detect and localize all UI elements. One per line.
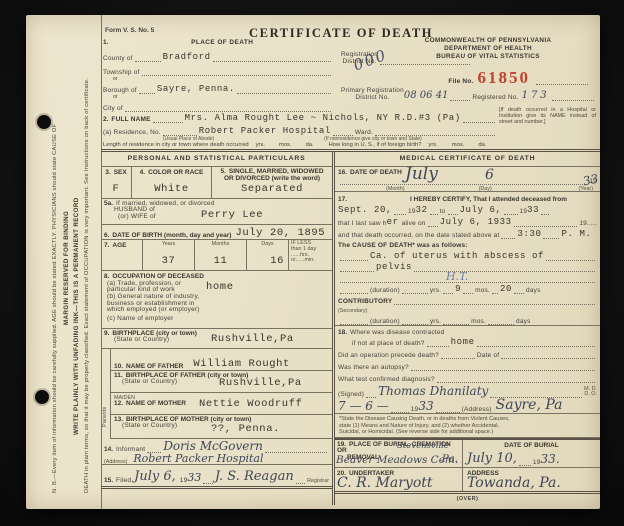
age-years-label: Years (143, 240, 194, 247)
occupation-c: (c) Name of employer (107, 315, 174, 322)
screenshot-root: { "header": { "form_no": "Form V. S. No.… (0, 0, 624, 526)
age-days-label: Days (247, 240, 288, 247)
filed-label: Filed (116, 477, 131, 484)
certify-from-date: Sept. 20, (338, 205, 392, 215)
residence-label: (a) Residence, No. (103, 129, 161, 136)
duration-days-value: 20 (500, 284, 512, 294)
physician-signature: Thomas Dhanilaty (378, 384, 488, 398)
certify-number: 17. (338, 196, 347, 203)
informant-address-value: Robert Packer Hospital (133, 452, 263, 465)
undertaker-address-value: Towanda, Pa. (467, 475, 561, 491)
over-label: (OVER) (335, 494, 600, 505)
q18-autopsy-label: Was there an autopsy? (338, 364, 409, 371)
full-name-number: 2. (103, 116, 108, 123)
q18-test-label: What test confirmed diagnosis? (338, 376, 435, 383)
q18-where-label-1: Where was disease contracted (350, 329, 444, 336)
certify-to-date: July 6, (460, 205, 502, 215)
occupation-a2: particular kind of work (107, 286, 175, 293)
registered-no-label: Registered No. (472, 94, 518, 101)
parents-label: Parents (102, 407, 108, 427)
occupation-b3: which employed (or employer) (107, 306, 200, 313)
duration-days-label: days (526, 287, 541, 294)
registration-block: Registration District No. File No. 61850… (341, 51, 596, 101)
borough-value: Sayre, Penna. (157, 84, 235, 94)
foreign-unit-mos: mos. (452, 142, 465, 148)
filed-number: 15. (104, 477, 113, 484)
sex-number: 3. (105, 169, 110, 176)
medical-column: MEDICAL CERTIFICATE OF DEATH 16.DATE OF … (335, 152, 600, 505)
certify-ampm: P. M. (561, 229, 591, 239)
birth-date-number: 6. (104, 232, 109, 239)
burial-date-label: DATE OF BURIAL (463, 440, 600, 449)
footnote-line-2: state (1) Means and Nature of Injury, an… (339, 423, 596, 430)
age-months-value: 11 (195, 255, 246, 267)
burial-year: 33. (541, 452, 560, 466)
q18-where-label-2: if not at place of death? (352, 340, 425, 347)
age-days-value: 16 (247, 255, 288, 267)
place-of-death-number: 1. (103, 39, 108, 48)
sex-label: SEX (114, 169, 127, 176)
spouse-number: 5a. (104, 200, 113, 207)
registrar-label: Registrar (307, 478, 329, 484)
duration2-label: (duration) (370, 318, 400, 325)
primary-registration-value: 08 06 41 (404, 90, 449, 101)
certify-from-year-printed: 19 (408, 208, 416, 215)
date-of-death-number: 16. (338, 169, 347, 176)
length-of-residence-label: Length of residence in city or town wher… (103, 142, 249, 148)
cause-line-1: Ca. of uterus with abscess of (370, 251, 544, 261)
foreign-unit-yrs: yrs. (428, 142, 437, 148)
mother-birthplace-label-2: (State or Country) (122, 422, 177, 429)
duration-mos-label: mos. (475, 287, 490, 294)
place-of-death-label: PLACE OF DEATH (111, 39, 333, 48)
ward-label: Ward. (355, 129, 373, 136)
certify-line-1: I HEREBY CERTIFY, That I attended deceas… (410, 196, 567, 203)
certify-to-year-printed: 19 (520, 208, 528, 215)
father-number: 10. (114, 363, 123, 370)
personal-section-title: PERSONAL AND STATISTICAL PARTICULARS (101, 152, 332, 167)
footnote-line-3: Suicidal, or Homicidal. (See reverse sid… (339, 429, 596, 436)
age-months-label: Months (195, 240, 246, 247)
registrar-signature: J. S. Reagan (215, 469, 294, 484)
cause-of-death-label: The CAUSE OF DEATH* was as follows: (338, 242, 468, 249)
secondary-label: (Secondary) (338, 308, 367, 314)
registered-no-value: 173 (522, 90, 550, 101)
foreign-birth-label: How long in U. S., if of foreign birth? (329, 142, 422, 148)
father-value: William Rought (193, 358, 290, 370)
q18-number: 18. (338, 329, 347, 336)
mother-label: NAME OF MOTHER (126, 400, 186, 407)
occupation-a-value: home (206, 281, 234, 293)
file-no-value: 61850 (478, 71, 531, 85)
duration2-yrs-label: yrs. (430, 318, 441, 325)
full-name-label: FULL NAME (111, 116, 150, 123)
father-birthplace-value: Rushville,Pa (219, 377, 302, 389)
county-value: Bradford (163, 52, 211, 62)
q18-operation-label: Did an operation precede death? (338, 352, 439, 359)
certify-to-year: 33 (527, 205, 539, 215)
undertaker-value: C. R. Maryott (337, 475, 433, 491)
cause-initials: H.T. (446, 270, 468, 283)
birthplace-label-2: (State or Country) (114, 336, 169, 343)
birth-date-label: DATE OF BIRTH (month, day and year) (112, 232, 231, 239)
do-label: D. O. (584, 392, 597, 398)
form-area: Form V. S. No. 5 CERTIFICATE OF DEATH CO… (101, 15, 600, 509)
certify-line-2a: that I last saw h (338, 220, 387, 227)
full-name-value: Mrs. Alma Rought Lee ~ Nichols, NY R.D.#… (185, 113, 461, 123)
age-ifless-4: or......min. (291, 258, 332, 264)
filed-date: July 6, (134, 469, 176, 484)
margin-note-2: DEATH in plain terms, so that it may be … (84, 78, 90, 493)
file-no-label: File No. (448, 78, 473, 85)
columns: PERSONAL AND STATISTICAL PARTICULARS 3.S… (101, 149, 600, 505)
burial-place-over: Stevensville (397, 441, 449, 451)
parents-group: Parents 10. NAME OF FATHER William Rough… (101, 349, 332, 439)
race-number: 4. (140, 169, 145, 176)
father-label: NAME OF FATHER (126, 363, 183, 370)
margin-note-nb: N. B.—Every item of information should b… (52, 124, 58, 493)
duration-mos-value: 9 (455, 284, 461, 294)
birth-date-value: July 20, 1895 (235, 227, 325, 239)
length-unit-yrs: yrs. (256, 142, 265, 148)
duration-label: (duration) (370, 287, 400, 294)
burial-year-printed: 19 (533, 459, 541, 466)
duration2-mos-label: mos. (471, 318, 486, 325)
certify-line-2c: 19..... (579, 220, 597, 227)
spouse-label-3: (or) WIFE of (118, 213, 156, 220)
informant-number: 14. (104, 446, 113, 453)
residence-value: Robert Packer Hospital (199, 126, 331, 136)
marital-label-2: OR DIVORCED (write the word) (224, 175, 320, 182)
mother-birthplace-value: ??, Penna. (211, 423, 280, 435)
sign-date: 7 — 6 — (338, 399, 389, 413)
burial-date-value: July 10, (467, 451, 517, 466)
sign-year: 33 (418, 399, 433, 413)
certify-from-year: 32 (416, 205, 428, 215)
birthplace-value: Rushville,Pa (211, 333, 294, 345)
length-unit-mos: mos. (279, 142, 292, 148)
certificate-card: N. B.—Every item of information should b… (26, 15, 600, 509)
race-value: White (132, 183, 211, 195)
father-birthplace-label-2: (State or Country) (122, 378, 177, 385)
borough-label: Borough of (103, 87, 137, 94)
filed-year: 33 (187, 471, 201, 484)
informant-value: Doris McGovern (163, 439, 263, 453)
burial-place-state: Pa. (442, 453, 458, 465)
township-label: Township of (103, 69, 140, 76)
q18-signed-label: (Signed) (338, 391, 364, 398)
certify-to-word: to (440, 208, 446, 215)
burial-place-value: Beaver Meadows Cem. (336, 454, 458, 466)
duration2-days-label: days (516, 318, 531, 325)
contributory-label: CONTRIBUTORY (338, 298, 392, 305)
race-label: COLOR OR RACE (148, 169, 203, 176)
filed-year-printed: 19 (180, 477, 188, 484)
foreign-unit-da: da. (478, 142, 486, 148)
duration-yrs-label: yrs. (430, 287, 441, 294)
date-of-death-label: DATE OF DEATH (350, 169, 402, 176)
county-label: County of (103, 55, 133, 62)
mother-number: 12. (114, 400, 123, 407)
certify-last-seen: July 6, 1933 (440, 217, 512, 227)
sign-address-label: (Address) (462, 406, 492, 413)
q18-date-of-label: Date of (477, 352, 499, 359)
personal-column: PERSONAL AND STATISTICAL PARTICULARS 3.S… (101, 152, 335, 505)
spouse-value: Perry Lee (201, 209, 263, 221)
cause-footnote: *State the Disease Causing Death, or in … (335, 414, 600, 438)
margin-binding-note: MARGIN RESERVED FOR BINDING (63, 211, 70, 325)
place-of-death-section: 1. PLACE OF DEATH County of Bradford Tow… (103, 39, 333, 112)
certify-line-2b: alive on (402, 220, 426, 227)
primary-registration-label-2: District No. (341, 95, 404, 102)
marital-value: Separated (212, 183, 332, 195)
margin-write-plainly-note: WRITE PLAINLY WITH UNFADING INK—THIS IS … (73, 197, 80, 435)
sign-year-printed: 19 (411, 406, 419, 413)
hospital-instruction-note: [If death occurred in a Hospital or Inst… (499, 107, 596, 126)
mother-value: Nettie Woodruff (199, 398, 303, 410)
punch-hole-top (37, 115, 51, 129)
cause-line-2: pelvis (376, 262, 412, 272)
footnote-line-1: *State the Disease Causing Death, or in … (339, 416, 596, 423)
registration-district-label-2: District No. (341, 59, 378, 66)
certify-line-3: and that death occurred, on the date sta… (338, 232, 499, 239)
sign-address-value: Sayre, Pa (496, 397, 563, 413)
age-years-value: 37 (143, 255, 194, 267)
age-label: AGE (112, 242, 126, 249)
punch-hole-bottom (35, 390, 49, 404)
agency-line-1: COMMONWEALTH OF PENNSYLVANIA (380, 37, 596, 45)
occupation-label: OCCUPATION OF DECEASED (112, 273, 204, 280)
occupation-number: 8. (104, 273, 109, 280)
medical-section-title: MEDICAL CERTIFICATE OF DEATH (335, 152, 600, 167)
certify-her: er (387, 217, 399, 227)
certify-time: 3:30 (517, 229, 541, 239)
length-of-residence-row: Length of residence in city or town wher… (103, 139, 596, 148)
length-unit-da: da. (306, 142, 314, 148)
q18-where-value: home (451, 337, 475, 347)
birthplace-number: 9. (104, 330, 109, 337)
binding-margin: N. B.—Every item of information should b… (26, 15, 102, 509)
form-number: Form V. S. No. 5 (105, 27, 154, 34)
sex-value: F (101, 183, 131, 195)
age-number: 7. (104, 242, 109, 249)
